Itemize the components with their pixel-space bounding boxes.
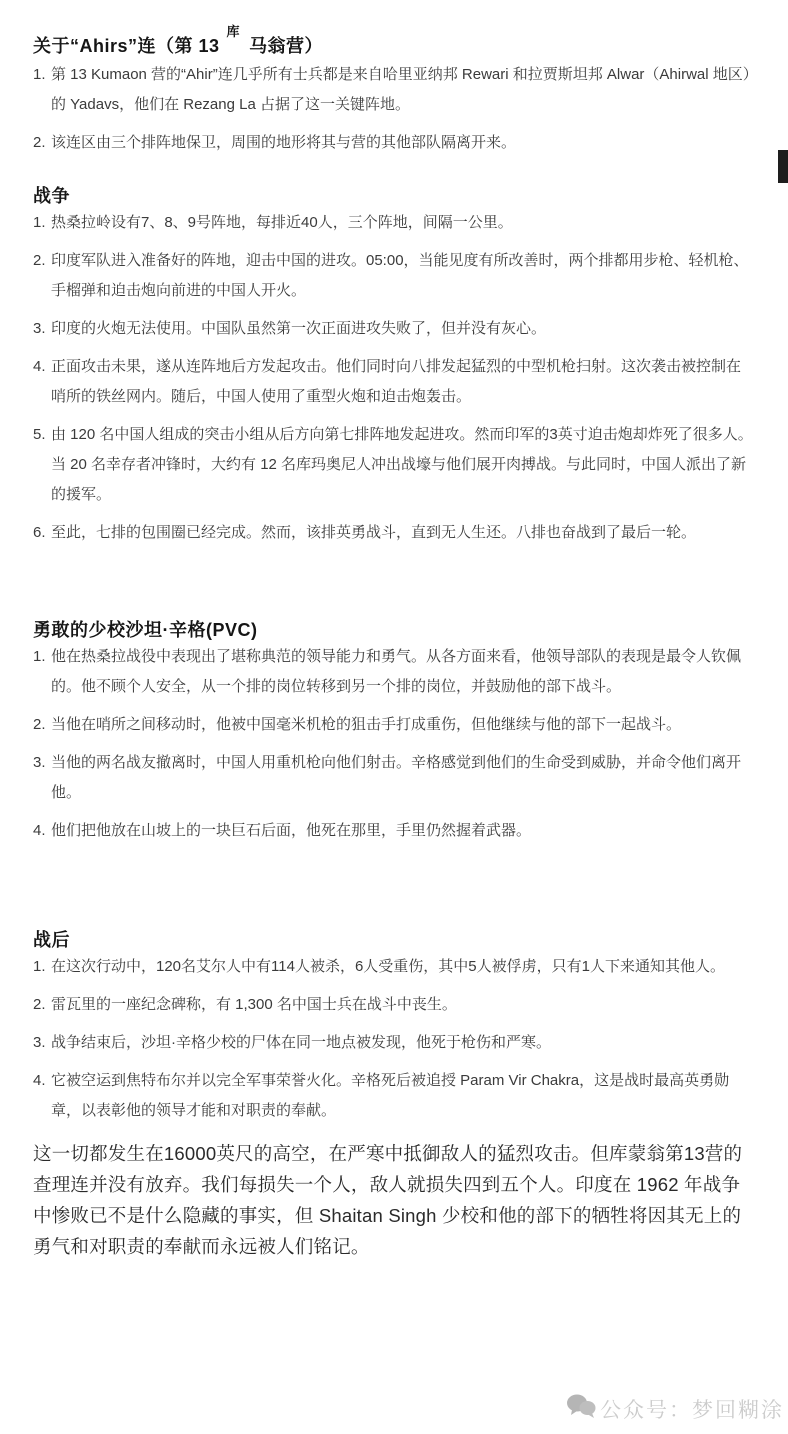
list-item: 它被空运到焦特布尔并以完全军事荣誉火化。辛格死后被追授 Param Vir Ch… (51, 1066, 755, 1126)
list-item: 印度军队进入准备好的阵地，迎击中国的进攻。05:00，当能见度有所改善时，两个排… (51, 246, 755, 306)
list-item: 当他在哨所之间移动时，他被中国毫米机枪的狙击手打成重伤，但他继续与他的部下一起战… (51, 710, 755, 740)
title-superscript: 库 (227, 20, 241, 44)
list-item: 战争结束后，沙坦·辛格少校的尸体在同一地点被发现，他死于枪伤和严寒。 (51, 1028, 755, 1058)
scrollbar-thumb[interactable] (778, 150, 788, 183)
list-item: 当他的两名战友撤离时，中国人用重机枪向他们射击。辛格感觉到他们的生命受到威胁，并… (51, 748, 755, 808)
list-item: 由 120 名中国人组成的突击小组从后方向第七排阵地发起进攻。然而印军的3英寸迫… (51, 420, 755, 510)
section-heading-after-war: 战后 (33, 928, 755, 952)
article-title: 关于“Ahirs”连（第 13库马翁营） (33, 34, 755, 60)
list-item: 他们把他放在山坡上的一块巨石后面，他死在那里，手里仍然握着武器。 (51, 816, 755, 846)
closing-paragraph: 这一切都发生在16000英尺的高空，在严寒中抵御敌人的猛烈攻击。但库蒙翁第13营… (33, 1138, 755, 1262)
title-prefix: 关于“Ahirs”连（第 13 (33, 36, 220, 56)
list-item: 该连区由三个排阵地保卫，周围的地形将其与营的其他部队隔离开来。 (51, 128, 755, 158)
watermark-text: 公众号：梦回糊涂 (600, 1394, 784, 1424)
list-item: 雷瓦里的一座纪念碑称，有 1,300 名中国士兵在战斗中丧生。 (51, 990, 755, 1020)
after-war-list: 在这次行动中，120名艾尔人中有114人被杀，6人受重伤，其中5人被俘虏，只有1… (33, 952, 755, 1126)
list-item: 第 13 Kumaon 营的“Ahir”连几乎所有士兵都是来自哈里亚纳邦 Rew… (51, 60, 755, 120)
article-page: 关于“Ahirs”连（第 13库马翁营） 第 13 Kumaon 营的“Ahir… (0, 0, 788, 1434)
list-item: 印度的火炮无法使用。中国队虽然第一次正面进攻失败了，但并没有灰心。 (51, 314, 755, 344)
article-content: 关于“Ahirs”连（第 13库马翁营） 第 13 Kumaon 营的“Ahir… (0, 34, 788, 1262)
list-item: 热桑拉岭设有7、8、9号阵地，每排近40人，三个阵地，间隔一公里。 (51, 208, 755, 238)
about-ahirs-list: 第 13 Kumaon 营的“Ahir”连几乎所有士兵都是来自哈里亚纳邦 Rew… (33, 60, 755, 158)
wechat-official-account-icon (566, 1393, 596, 1424)
list-item: 在这次行动中，120名艾尔人中有114人被杀，6人受重伤，其中5人被俘虏，只有1… (51, 952, 755, 982)
list-item: 他在热桑拉战役中表现出了堪称典范的领导能力和勇气。从各方面来看，他领导部队的表现… (51, 642, 755, 702)
section-heading-shaitan-singh: 勇敢的少校沙坦·辛格(PVC) (33, 618, 755, 642)
title-suffix: 马翁营） (249, 36, 323, 56)
list-item: 至此，七排的包围圈已经完成。然而，该排英勇战斗，直到无人生还。八排也奋战到了最后… (51, 518, 755, 548)
war-list: 热桑拉岭设有7、8、9号阵地，每排近40人，三个阵地，间隔一公里。 印度军队进入… (33, 208, 755, 548)
section-heading-war: 战争 (33, 184, 755, 208)
list-item: 正面攻击未果，遂从连阵地后方发起攻击。他们同时向八排发起猛烈的中型机枪扫射。这次… (51, 352, 755, 412)
shaitan-singh-list: 他在热桑拉战役中表现出了堪称典范的领导能力和勇气。从各方面来看，他领导部队的表现… (33, 642, 755, 846)
watermark: 公众号：梦回糊涂 (566, 1393, 784, 1424)
